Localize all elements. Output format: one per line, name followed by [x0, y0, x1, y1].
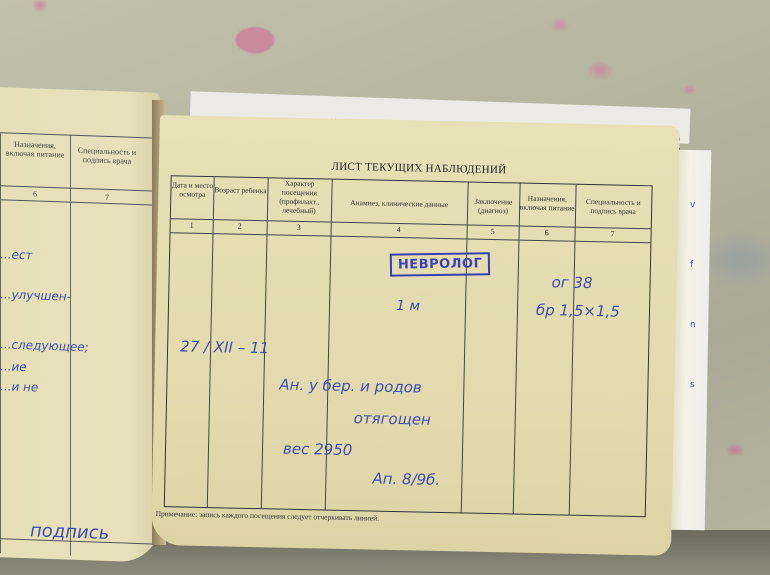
column-number: 7 [575, 229, 651, 240]
handwriting: вес 2950 [283, 440, 353, 459]
handwriting: Ан. у бер. и родов [279, 376, 422, 397]
handwriting: бр 1,5×1,5 [536, 301, 620, 321]
handwriting: отягощен [354, 409, 432, 429]
column-number: 4 [331, 224, 467, 236]
header-specialty: Специальность и подпись врача [72, 146, 142, 166]
header-specialty: Специальность и подпись врача [575, 197, 651, 217]
margin-letter: v [690, 200, 696, 210]
margin-notes: v f n s [690, 200, 696, 440]
header-prescriptions: Назначения, включая питание [519, 194, 575, 213]
header-date: Дата и место осмотра [171, 180, 213, 199]
header-prescriptions: Назначения, включая питание [2, 139, 68, 159]
handwriting: ...улучшен- [0, 287, 71, 303]
margin-letter: n [690, 320, 696, 330]
neurologist-stamp: НЕВРОЛОГ [390, 252, 491, 276]
handwriting: ...ест [0, 247, 32, 262]
handwriting: Ап. 8/9б. [372, 470, 440, 489]
column-number: 6 [519, 228, 575, 238]
column-number: 3 [267, 222, 331, 232]
header-conclusion: Заключение (диагноз) [467, 196, 519, 215]
column-number: 2 [213, 221, 267, 231]
column-number: 5 [467, 226, 519, 236]
margin-letter: s [690, 380, 696, 390]
handwriting: ...и не [0, 379, 38, 394]
handwriting: ...ие [0, 359, 27, 374]
header-visit-type: Характер посещения (профилакт., лечебный… [267, 178, 332, 215]
header-anamnesis: Анамнез, клинические данные [331, 198, 467, 210]
signature: подпись [30, 520, 109, 544]
handwriting: 1 м [396, 298, 420, 314]
column-number: 6 [2, 188, 68, 199]
handwriting: ог 38 [551, 273, 592, 292]
header-age: Возраст ребенка [213, 185, 267, 195]
handwritten-date: 27 / XII – 11 [180, 337, 269, 357]
column-number: 1 [171, 220, 213, 230]
left-page: Назначения, включая питание Специальност… [0, 87, 160, 563]
right-page: ЛИСТ ТЕКУЩИХ НАБЛЮДЕНИЙ Дата и место осм… [151, 115, 680, 556]
footnote: Примечание: запись каждого посещения сле… [156, 509, 380, 523]
margin-letter: f [690, 260, 696, 270]
